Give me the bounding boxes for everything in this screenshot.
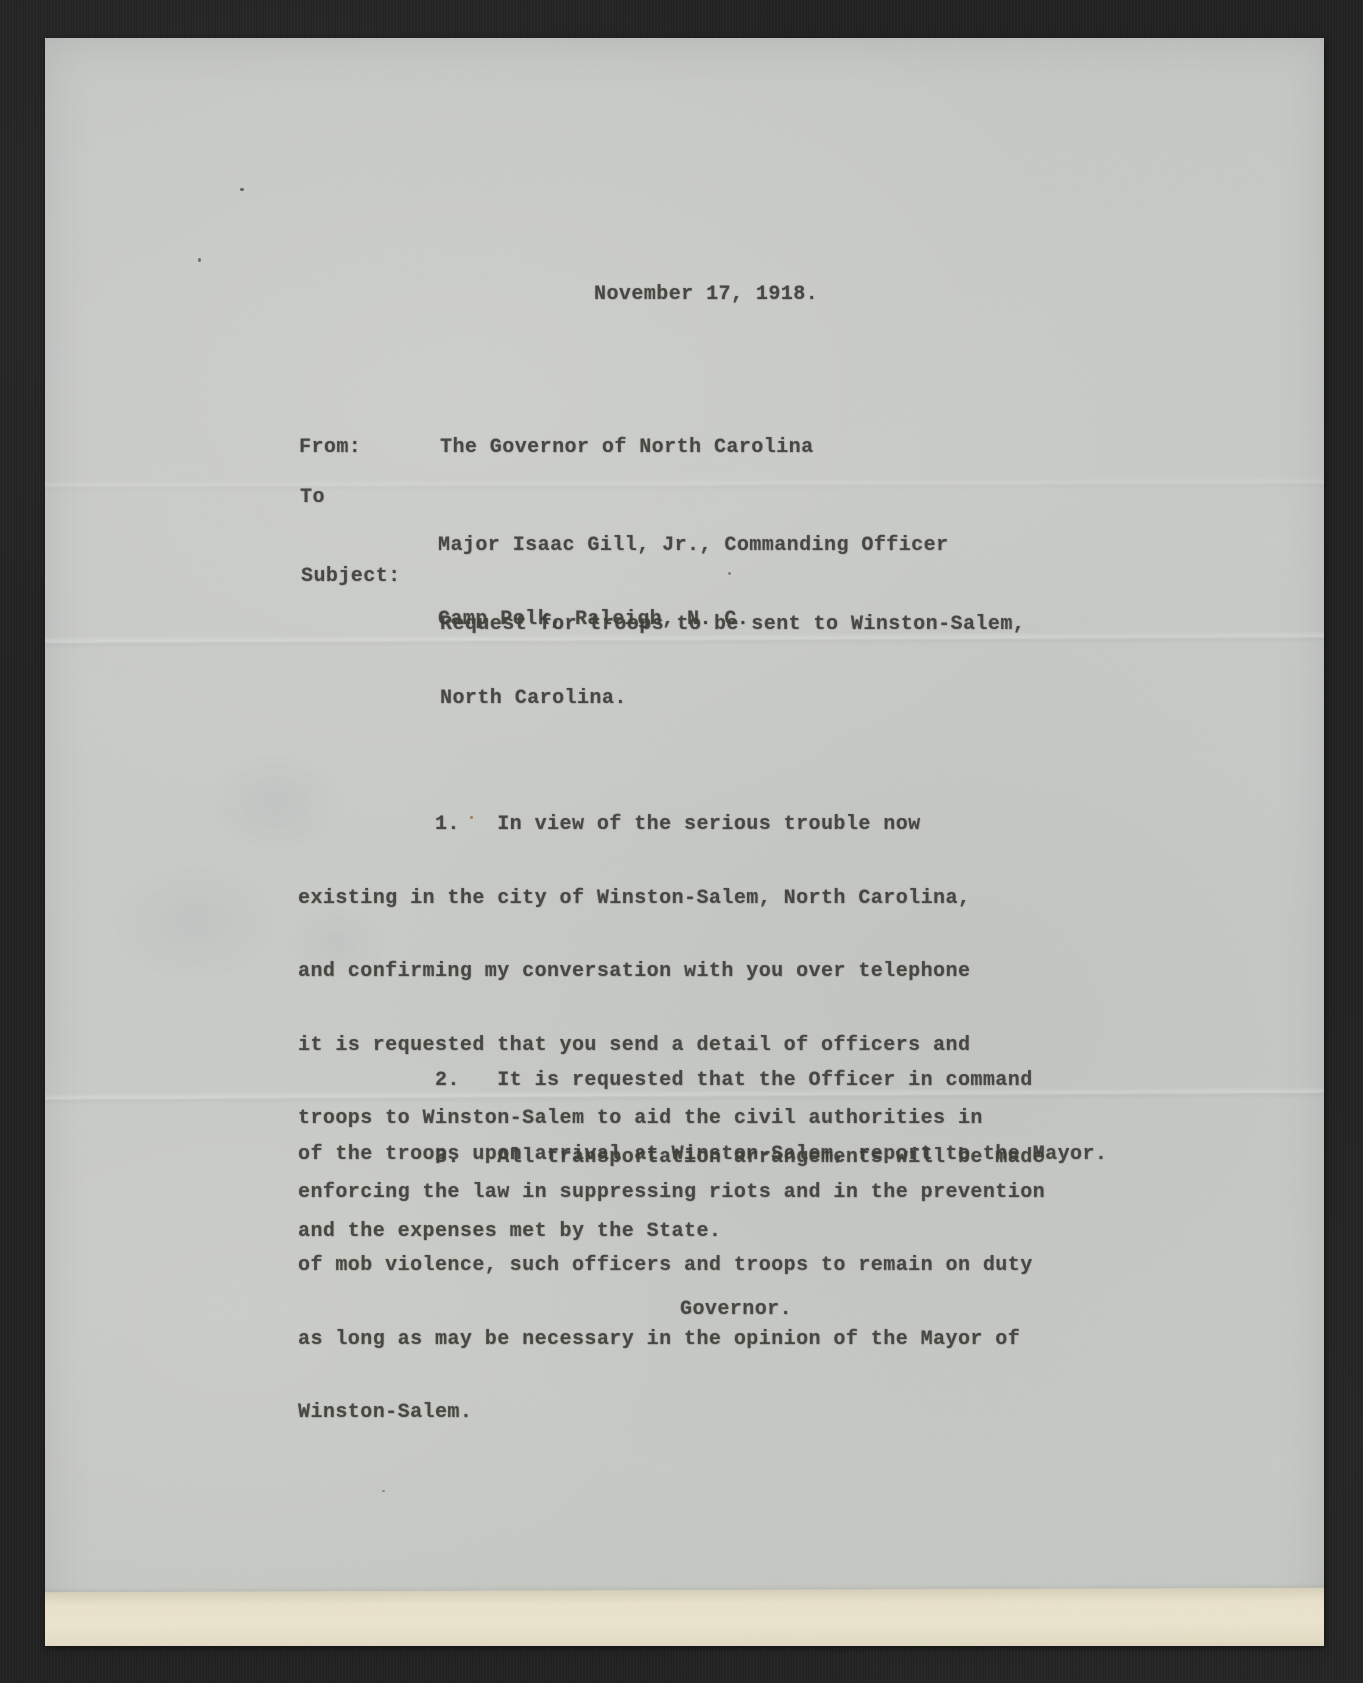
scan-background: November 17, 1918. From: The Governor of… (0, 0, 1363, 1683)
paper-grain-texture (45, 38, 1324, 1646)
document-page: November 17, 1918. From: The Governor of… (45, 38, 1324, 1646)
